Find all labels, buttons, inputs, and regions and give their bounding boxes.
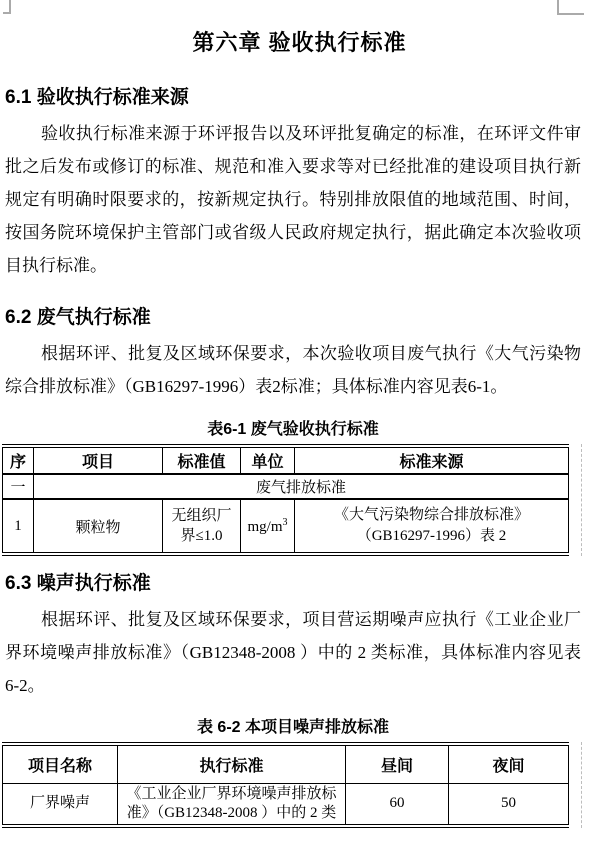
- section-paragraph-6-2: 根据环评、批复及区域环保要求，本次验收项目废气执行《大气污染物综合排放标准》（G…: [5, 337, 581, 403]
- group-row-label: 废气排放标准: [34, 474, 569, 499]
- section-heading-6-3: 6.3 噪声执行标准: [5, 568, 599, 595]
- source-line-2: （GB16297-1996）表 2: [297, 526, 566, 547]
- col-header-value: 标准值: [163, 446, 241, 474]
- cell-seq: 1: [3, 499, 34, 554]
- unit-base: mg/m: [247, 519, 282, 535]
- table-6-2: 项目名称 执行标准 昼间 夜间 厂界噪声 《工业企业厂界环境噪声排放标准》（GB…: [2, 742, 569, 828]
- table-row: 1 颗粒物 无组织厂界≤1.0 mg/m3 《大气污染物综合排放标准》 （GB1…: [3, 499, 569, 554]
- cell-value: 无组织厂界≤1.0: [163, 499, 241, 554]
- table-6-1-header-row: 序 项目 标准值 单位 标准来源: [3, 446, 569, 474]
- col-header-standard: 执行标准: [118, 744, 346, 783]
- cell-nighttime: 50: [449, 783, 569, 826]
- section-paragraph-6-3: 根据环评、批复及区域环保要求，项目营运期噪声应执行《工业企业厂界环境噪声排放标准…: [5, 603, 581, 702]
- col-header-nighttime: 夜间: [449, 744, 569, 783]
- top-right-guide-mark: [557, 0, 559, 14]
- table-6-1-group-row: 一 废气排放标准: [3, 474, 569, 499]
- chapter-title: 第六章 验收执行标准: [10, 26, 589, 57]
- cell-standard: 《工业企业厂界环境噪声排放标准》（GB12348-2008 ）中的 2 类: [118, 783, 346, 826]
- table-6-2-container: 项目名称 执行标准 昼间 夜间 厂界噪声 《工业企业厂界环境噪声排放标准》（GB…: [2, 742, 568, 828]
- cell-item: 颗粒物: [34, 499, 163, 554]
- document-page: 第六章 验收执行标准 6.1 验收执行标准来源 验收执行标准来源于环评报告以及环…: [0, 0, 599, 849]
- right-margin-guide: [581, 742, 582, 828]
- table-6-1-container: 序 项目 标准值 单位 标准来源 一 废气排放标准 1 颗粒物 无组织厂界≤1.…: [2, 444, 568, 556]
- cell-source: 《大气污染物综合排放标准》 （GB16297-1996）表 2: [295, 499, 569, 554]
- col-header-item: 项目: [34, 446, 163, 474]
- section-heading-6-1: 6.1 验收执行标准来源: [5, 82, 599, 109]
- cell-daytime: 60: [346, 783, 449, 826]
- unit-superscript: 3: [283, 517, 288, 528]
- cell-unit: mg/m3: [241, 499, 295, 554]
- top-left-guide-mark: [3, 12, 11, 14]
- table-row: 厂界噪声 《工业企业厂界环境噪声排放标准》（GB12348-2008 ）中的 2…: [3, 783, 569, 826]
- source-line-1: 《大气污染物综合排放标准》: [297, 505, 566, 526]
- col-header-seq: 序: [3, 446, 34, 474]
- cell-project-name: 厂界噪声: [3, 783, 118, 826]
- table-6-1: 序 项目 标准值 单位 标准来源 一 废气排放标准 1 颗粒物 无组织厂界≤1.…: [2, 444, 569, 556]
- group-row-index: 一: [3, 474, 34, 499]
- col-header-source: 标准来源: [295, 446, 569, 474]
- col-header-project-name: 项目名称: [3, 744, 118, 783]
- table-6-2-caption: 表 6-2 本项目噪声排放标准: [5, 714, 581, 737]
- section-paragraph-6-1: 验收执行标准来源于环评报告以及环评批复确定的标准，在环评文件审批之后发布或修订的…: [5, 117, 581, 282]
- top-right-guide-mark: [557, 13, 584, 15]
- right-margin-guide: [581, 444, 582, 556]
- col-header-unit: 单位: [241, 446, 295, 474]
- table-6-1-caption: 表6-1 废气验收执行标准: [5, 416, 581, 439]
- col-header-daytime: 昼间: [346, 744, 449, 783]
- section-heading-6-2: 6.2 废气执行标准: [5, 302, 599, 329]
- table-6-2-header-row: 项目名称 执行标准 昼间 夜间: [3, 744, 569, 783]
